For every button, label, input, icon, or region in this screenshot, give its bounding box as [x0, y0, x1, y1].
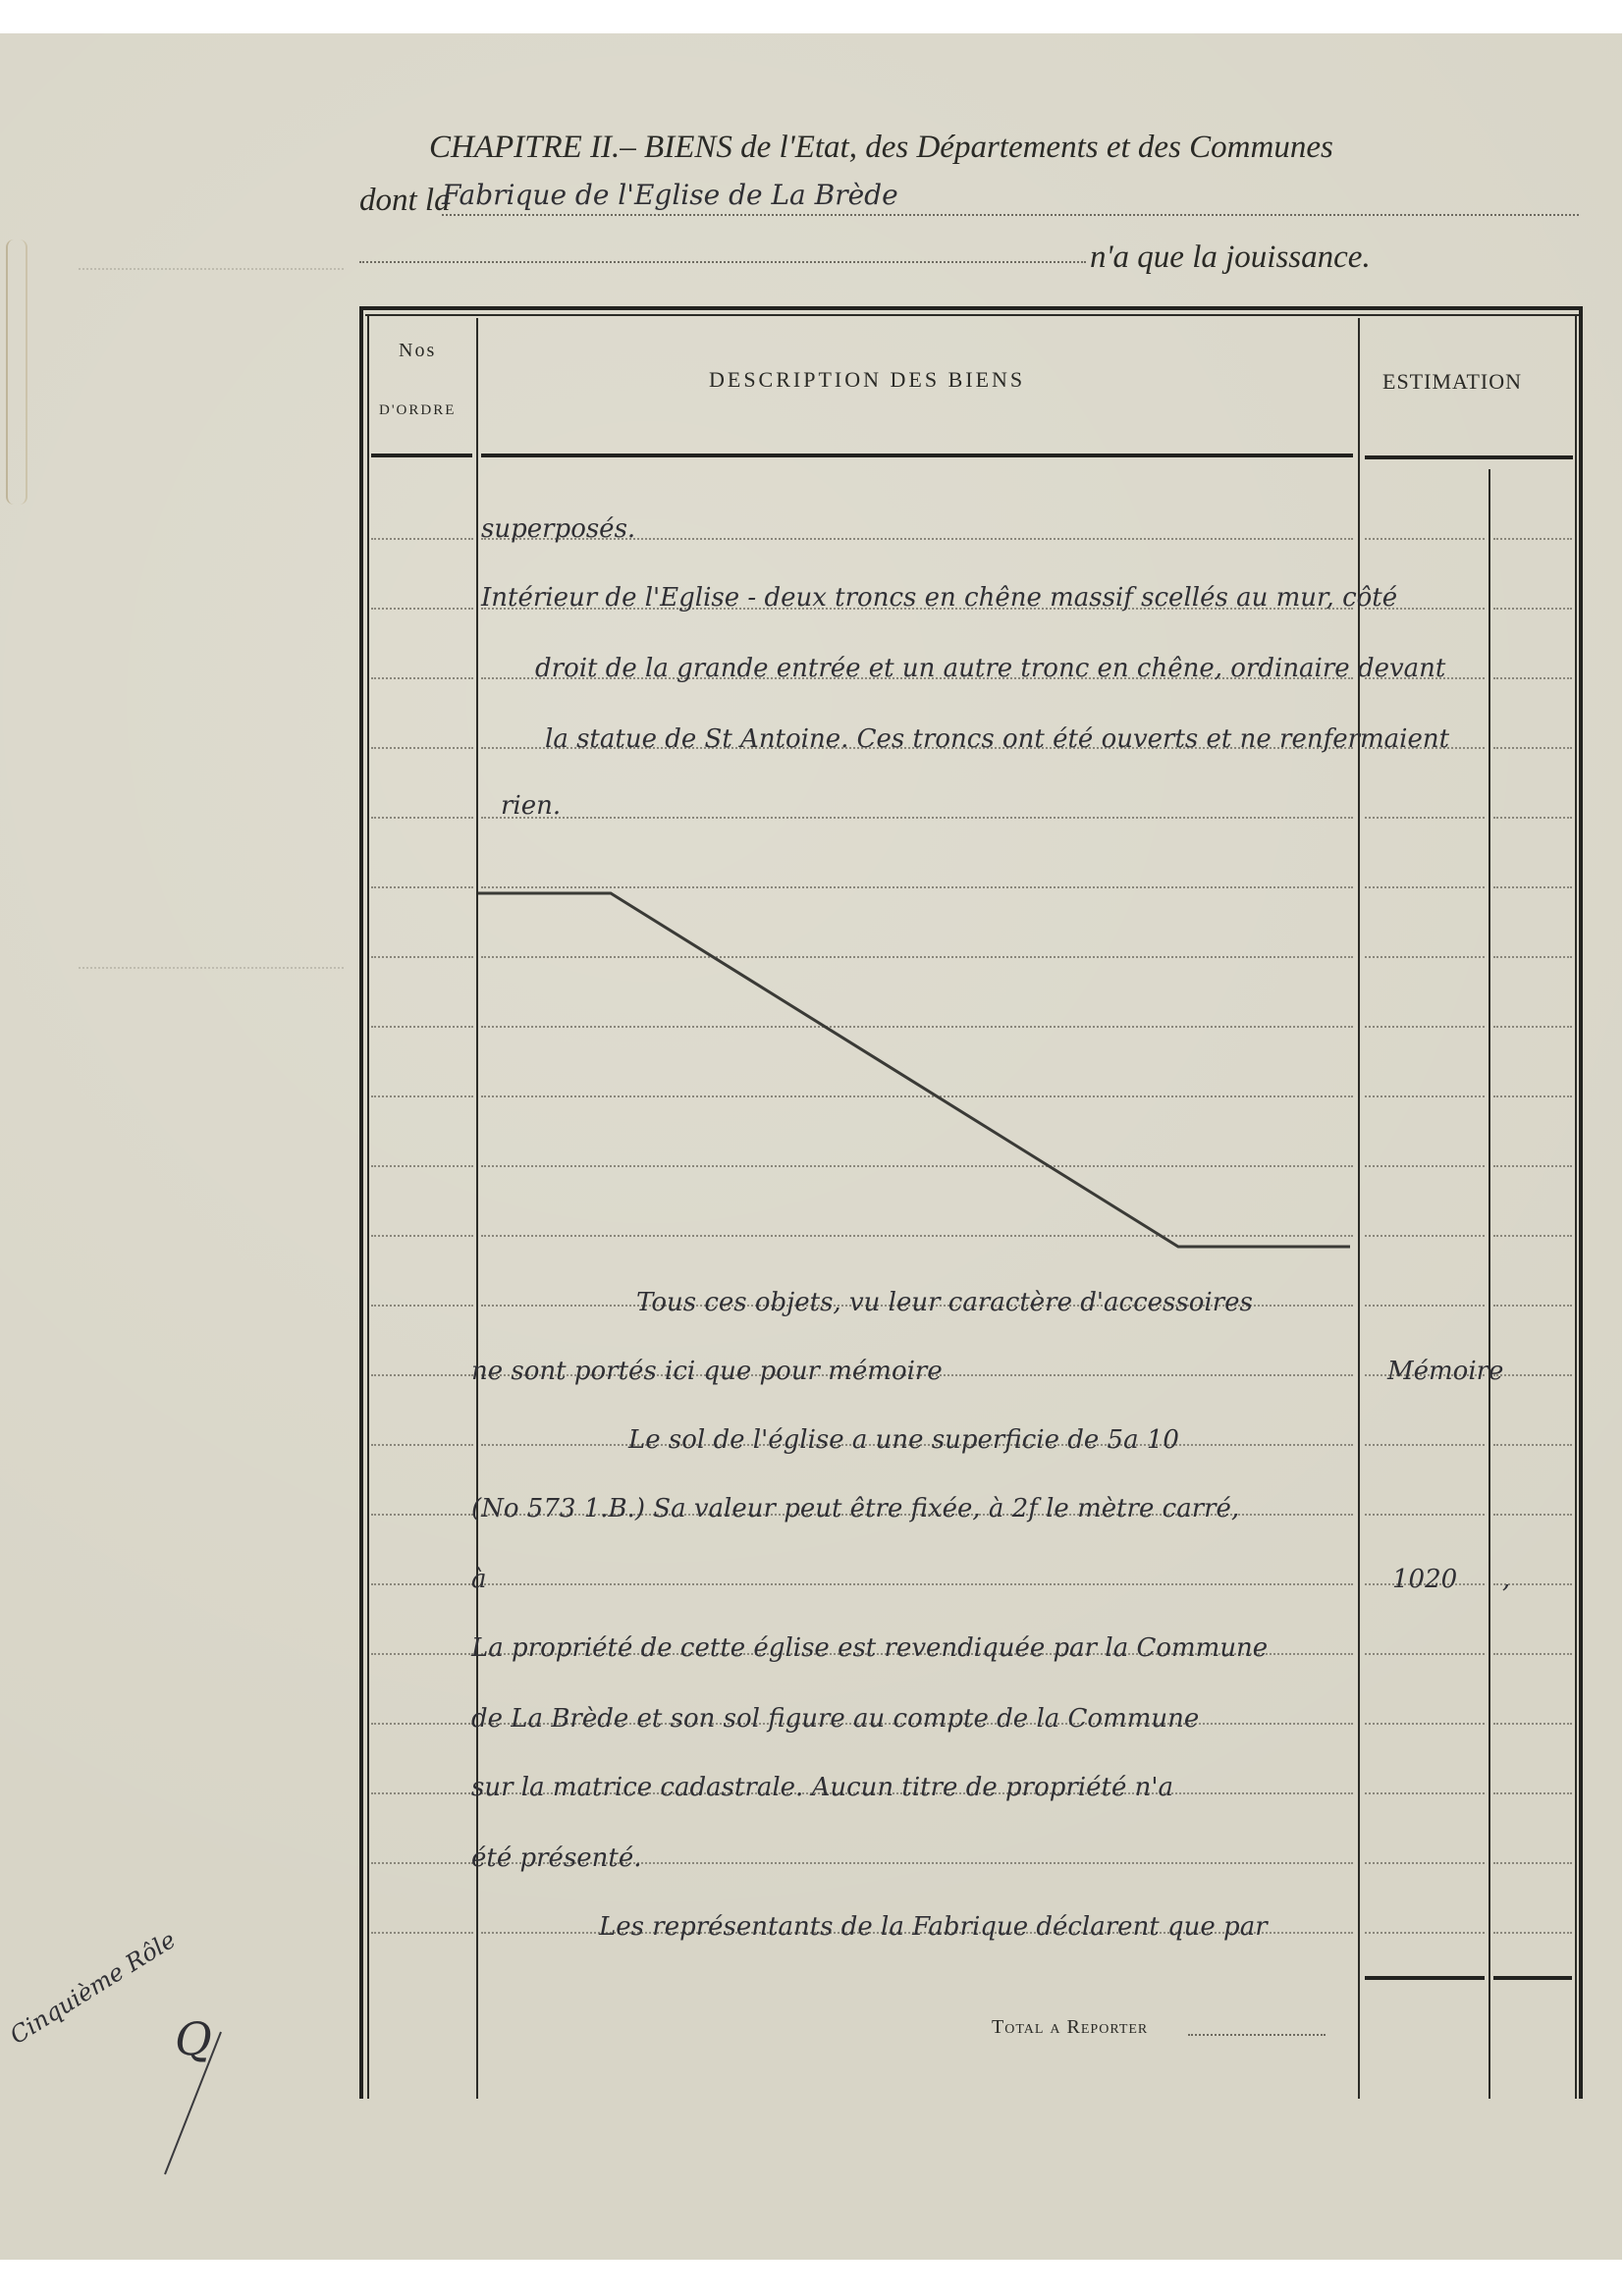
margin-initials-stroke — [0, 0, 1624, 2296]
